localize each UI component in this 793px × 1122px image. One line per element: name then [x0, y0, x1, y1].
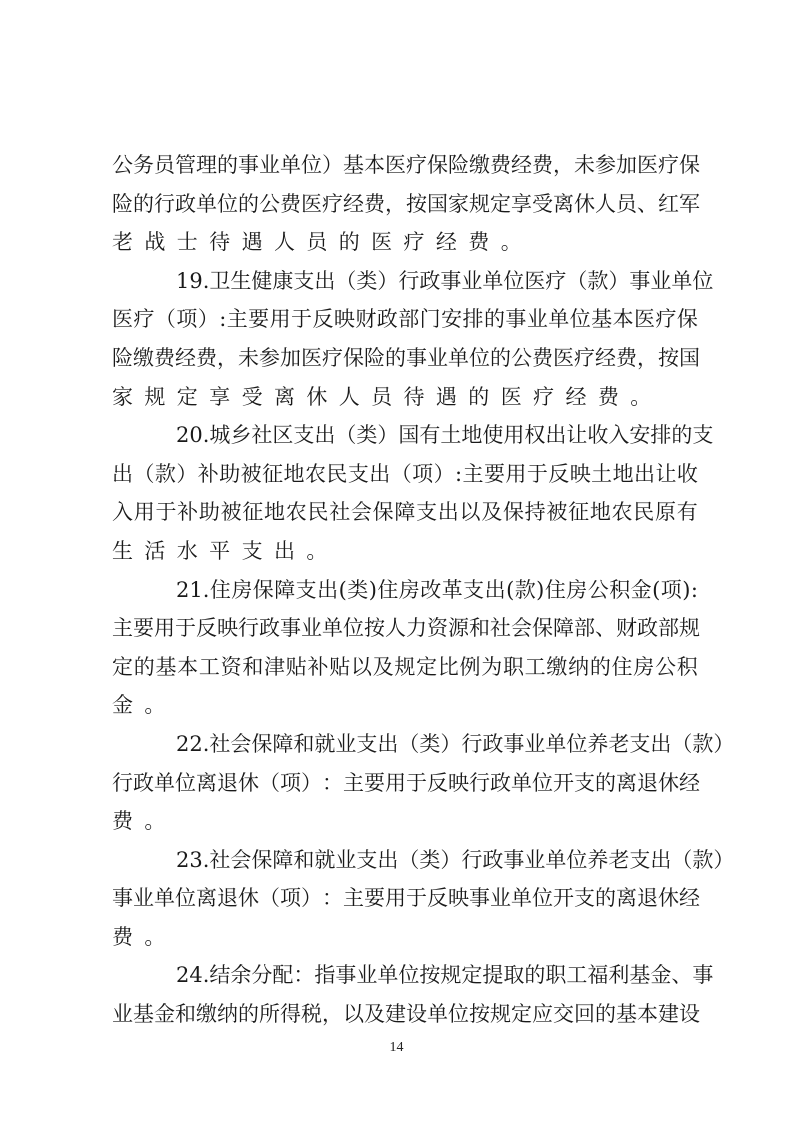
text-line: 业基金和缴纳的所得税，以及建设单位按规定应交回的基本建设 [112, 995, 698, 1034]
text-line: 19.卫生健康支出（类）行政事业单位医疗（款）事业单位 [112, 262, 698, 301]
text-line: 险缴费经费，未参加医疗保险的事业单位的公费医疗经费，按国 [112, 339, 698, 378]
text-line: 费。 [112, 802, 698, 841]
text-line: 22.社会保障和就业支出（类）行政事业单位养老支出（款） [112, 725, 698, 764]
paragraph-item-23: 23.社会保障和就业支出（类）行政事业单位养老支出（款） 事业单位离退休（项）：… [112, 841, 698, 957]
paragraph-item-19: 19.卫生健康支出（类）行政事业单位医疗（款）事业单位 医疗（项）:主要用于反映… [112, 262, 698, 416]
text-line: 公务员管理的事业单位）基本医疗保险缴费经费，未参加医疗保 [112, 146, 698, 185]
text-line: 医疗（项）:主要用于反映财政部门安排的事业单位基本医疗保 [112, 300, 698, 339]
text-line: 定的基本工资和津贴补贴以及规定比例为职工缴纳的住房公积 [112, 648, 698, 687]
text-line: 生活水平支出。 [112, 532, 698, 571]
text-line: 入用于补助被征地农民社会保障支出以及保持被征地农民原有 [112, 493, 698, 532]
text-line: 家规定享受离休人员待遇的医疗经费。 [112, 378, 698, 417]
text-line: 主要用于反映行政事业单位按人力资源和社会保障部、财政部规 [112, 609, 698, 648]
text-line: 险的行政单位的公费医疗经费，按国家规定享受离休人员、红军 [112, 185, 698, 224]
text-line: 23.社会保障和就业支出（类）行政事业单位养老支出（款） [112, 841, 698, 880]
paragraph-item-20: 20.城乡社区支出（类）国有土地使用权出让收入安排的支 出（款）补助被征地农民支… [112, 416, 698, 570]
paragraph-item-24: 24.结余分配：指事业单位按规定提取的职工福利基金、事 业基金和缴纳的所得税，以… [112, 956, 698, 1033]
text-line: 出（款）补助被征地农民支出（项）:主要用于反映土地出让收 [112, 455, 698, 494]
text-line: 事业单位离退休（项）：主要用于反映事业单位开支的离退休经 [112, 879, 698, 918]
text-line: 24.结余分配：指事业单位按规定提取的职工福利基金、事 [112, 956, 698, 995]
text-line: 20.城乡社区支出（类）国有土地使用权出让收入安排的支 [112, 416, 698, 455]
paragraph-item-22: 22.社会保障和就业支出（类）行政事业单位养老支出（款） 行政单位离退休（项）：… [112, 725, 698, 841]
page-number: 14 [0, 1040, 793, 1056]
paragraph-item-21: 21.住房保障支出(类)住房改革支出(款)住房公积金(项): 主要用于反映行政事… [112, 571, 698, 725]
paragraph-continuation-18: 公务员管理的事业单位）基本医疗保险缴费经费，未参加医疗保 险的行政单位的公费医疗… [112, 146, 698, 262]
document-page: 公务员管理的事业单位）基本医疗保险缴费经费，未参加医疗保 险的行政单位的公费医疗… [0, 0, 793, 1122]
text-line: 费。 [112, 918, 698, 957]
text-line: 老战士待遇人员的医疗经费。 [112, 223, 698, 262]
text-line: 21.住房保障支出(类)住房改革支出(款)住房公积金(项): [112, 571, 698, 610]
text-line: 金。 [112, 686, 698, 725]
text-line: 行政单位离退休（项）：主要用于反映行政单位开支的离退休经 [112, 764, 698, 803]
body-text: 公务员管理的事业单位）基本医疗保险缴费经费，未参加医疗保 险的行政单位的公费医疗… [112, 146, 698, 1034]
